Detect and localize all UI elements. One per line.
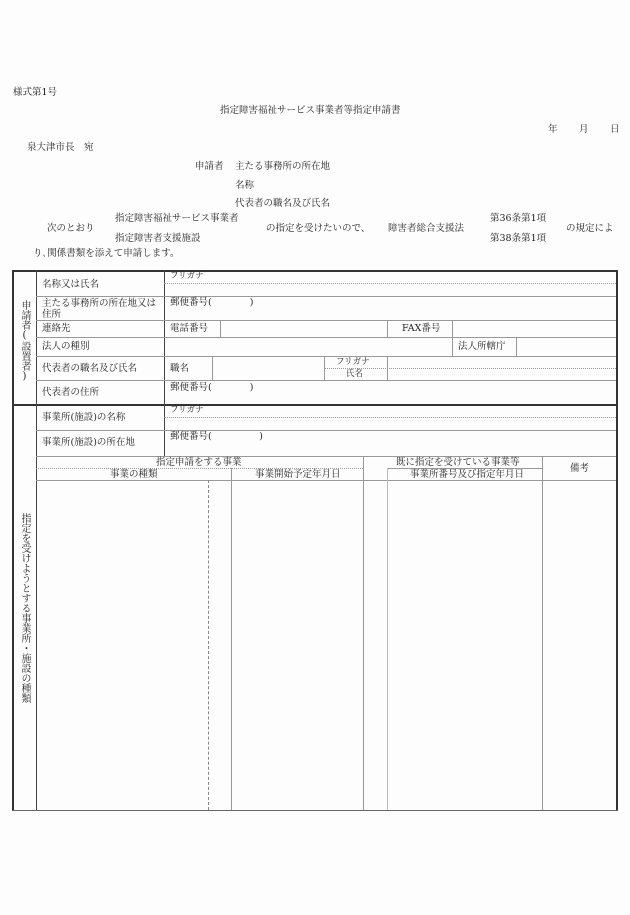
statement-article1[interactable]: 第36条第1項 <box>490 214 546 224</box>
section1-side-label: 申請者(設置者) <box>19 300 29 382</box>
business-type-input[interactable] <box>37 481 207 809</box>
rep-address-label: 代表者の住所 <box>42 388 99 398</box>
date-month: 月 <box>579 125 589 135</box>
facility-name-label: 事業所(施設)の名称 <box>42 413 125 423</box>
facility-postal-label[interactable]: 郵便番号( ) <box>170 432 263 442</box>
rep-name-input[interactable] <box>388 357 615 379</box>
office-postal-label[interactable]: 郵便番号( ) <box>170 298 253 308</box>
fax-input[interactable] <box>453 321 615 336</box>
office-address-label: 主たる事務所の所在地又は住所 <box>42 298 162 320</box>
phone-input[interactable] <box>221 321 386 336</box>
statement-suffix: の規定によ <box>566 224 614 234</box>
facility-name-input[interactable] <box>165 418 615 429</box>
start-date-input[interactable] <box>232 481 362 809</box>
col-remarks-header: 備考 <box>570 464 589 474</box>
group-apply-header: 指定申請をする事業 <box>156 458 242 468</box>
phone-label: 電話番号 <box>170 324 208 334</box>
applicant-rep-label: 代表者の職名及び氏名 <box>235 199 330 209</box>
name-furigana-label: フリガナ <box>170 272 204 281</box>
statement-middle: の指定を受けたいので、 <box>266 224 370 234</box>
rep-title-name-label: 代表者の職名及び氏名 <box>42 364 137 374</box>
name-input[interactable] <box>165 284 615 295</box>
addressee: 泉大津市長 宛 <box>27 143 94 153</box>
statement-option1[interactable]: 指定障害福祉サービス事業者 <box>115 214 239 224</box>
col-office-number-header: 事業所番号及び指定年月日 <box>410 470 524 480</box>
corp-authority-label: 法人所轄庁 <box>458 342 506 352</box>
contact-label: 連絡先 <box>42 324 71 334</box>
applicant-label: 申請者 <box>195 162 224 172</box>
office-number-input[interactable] <box>388 481 541 809</box>
statement-prefix: 次のとおり <box>47 224 95 234</box>
facility-address-label: 事業所(施設)の所在地 <box>42 438 135 448</box>
rep-title-label: 職名 <box>170 364 189 374</box>
applicant-address-label: 主たる事務所の所在地 <box>235 162 330 172</box>
remarks-input[interactable] <box>543 481 615 809</box>
name-label: 名称又は氏名 <box>42 280 99 290</box>
section2-side-label: 指定を受けようとする事業所・施設の種類 <box>19 513 29 703</box>
rep-furigana-label: フリガナ <box>336 358 370 367</box>
corp-type-label: 法人の種別 <box>42 342 90 352</box>
facility-furigana-label: フリガナ <box>170 406 204 415</box>
col-business-type-header: 事業の種類 <box>110 470 158 480</box>
applicant-name-label: 名称 <box>235 181 254 191</box>
statement-law: 障害者総合支援法 <box>388 224 464 234</box>
corp-authority-input[interactable] <box>517 338 615 355</box>
statement-option2[interactable]: 指定障害者支援施設 <box>115 234 201 244</box>
rep-title-input[interactable] <box>213 357 323 379</box>
corp-type-input[interactable] <box>165 338 451 355</box>
form-title: 指定障害福祉サービス事業者等指定申請書 <box>220 106 401 116</box>
group-existing-header-visible: 既に指定を受けている事業等 <box>396 458 520 468</box>
statement-article2[interactable]: 第38条第1項 <box>490 234 546 244</box>
form-number: 様式第1号 <box>13 88 57 98</box>
col-start-date-header: 事業開始予定年月日 <box>255 470 341 480</box>
fax-label: FAX番号 <box>402 324 440 334</box>
rep-postal-label[interactable]: 郵便番号( ) <box>170 383 253 393</box>
rep-name-label: 氏名 <box>346 370 363 379</box>
statement-line2: り､関係書類を添えて申請します。 <box>33 249 180 259</box>
date-year: 年 <box>548 125 558 135</box>
date-day: 日 <box>610 125 620 135</box>
